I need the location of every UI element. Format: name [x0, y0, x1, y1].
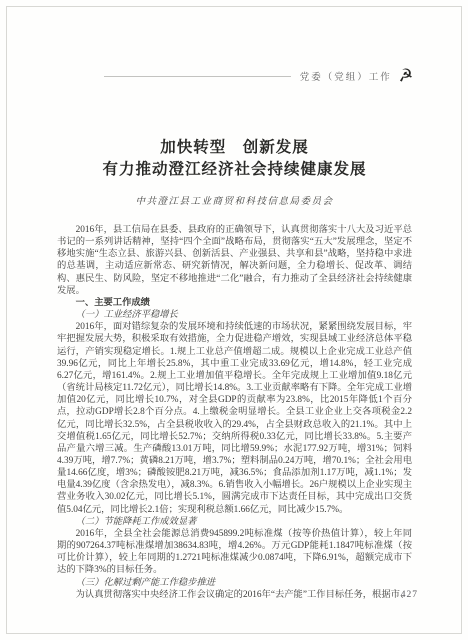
- subsection-heading-capacity-reduction: （三）化解过剩产能工作稳步推进: [57, 577, 412, 589]
- article-byline: 中共澄江县工业商贸和科技信息局委员会: [57, 193, 412, 207]
- paragraph-energy-saving: 2016年，全县全社会能源总消费945899.2吨标准煤（按等价热值计算），较上…: [57, 528, 412, 577]
- subsection-heading-energy-saving: （二）节能降耗工作成效显著: [57, 516, 412, 528]
- party-emblem-icon: ☭: [397, 67, 414, 86]
- section-heading-main-achievements: 一、主要工作成绩: [57, 297, 412, 309]
- article-title-line1: 加快转型 创新发展: [57, 137, 412, 159]
- article-title-line2: 有力推动澄江经济社会持续健康发展: [57, 159, 412, 181]
- paragraph-intro: 2016年，县工信局在县委、县政府的正确领导下，认真贯彻落实十八大及习近平总书记…: [57, 224, 412, 297]
- article-content: 加快转型 创新发展 有力推动澄江经济社会持续健康发展 中共澄江县工业商贸和科技信…: [57, 137, 412, 601]
- paragraph-capacity-reduction: 为认真贯彻落实中央经济工作会议确定的2016年“去产能”工作目标任务，根据市、: [57, 589, 412, 601]
- paragraph-industrial-growth: 2016年，面对错综复杂的发展环境和持续低速的市场状况，紧紧围绕发展目标，牢牢把…: [57, 321, 412, 516]
- header-rule: [104, 76, 291, 77]
- page-number: 427: [401, 590, 418, 600]
- document-page: 党委（党组）工作 ☭ 加快转型 创新发展 有力推动澄江经济社会持续健康发展 中共…: [0, 0, 468, 640]
- page-header: 党委（党组）工作 ☭: [104, 66, 413, 86]
- section-label: 党委（党组）工作: [300, 69, 392, 83]
- subsection-heading-industrial-growth: （一）工业经济平稳增长: [57, 309, 412, 321]
- article-body: 2016年，县工信局在县委、县政府的正确领导下，认真贯彻落实十八大及习近平总书记…: [57, 224, 412, 601]
